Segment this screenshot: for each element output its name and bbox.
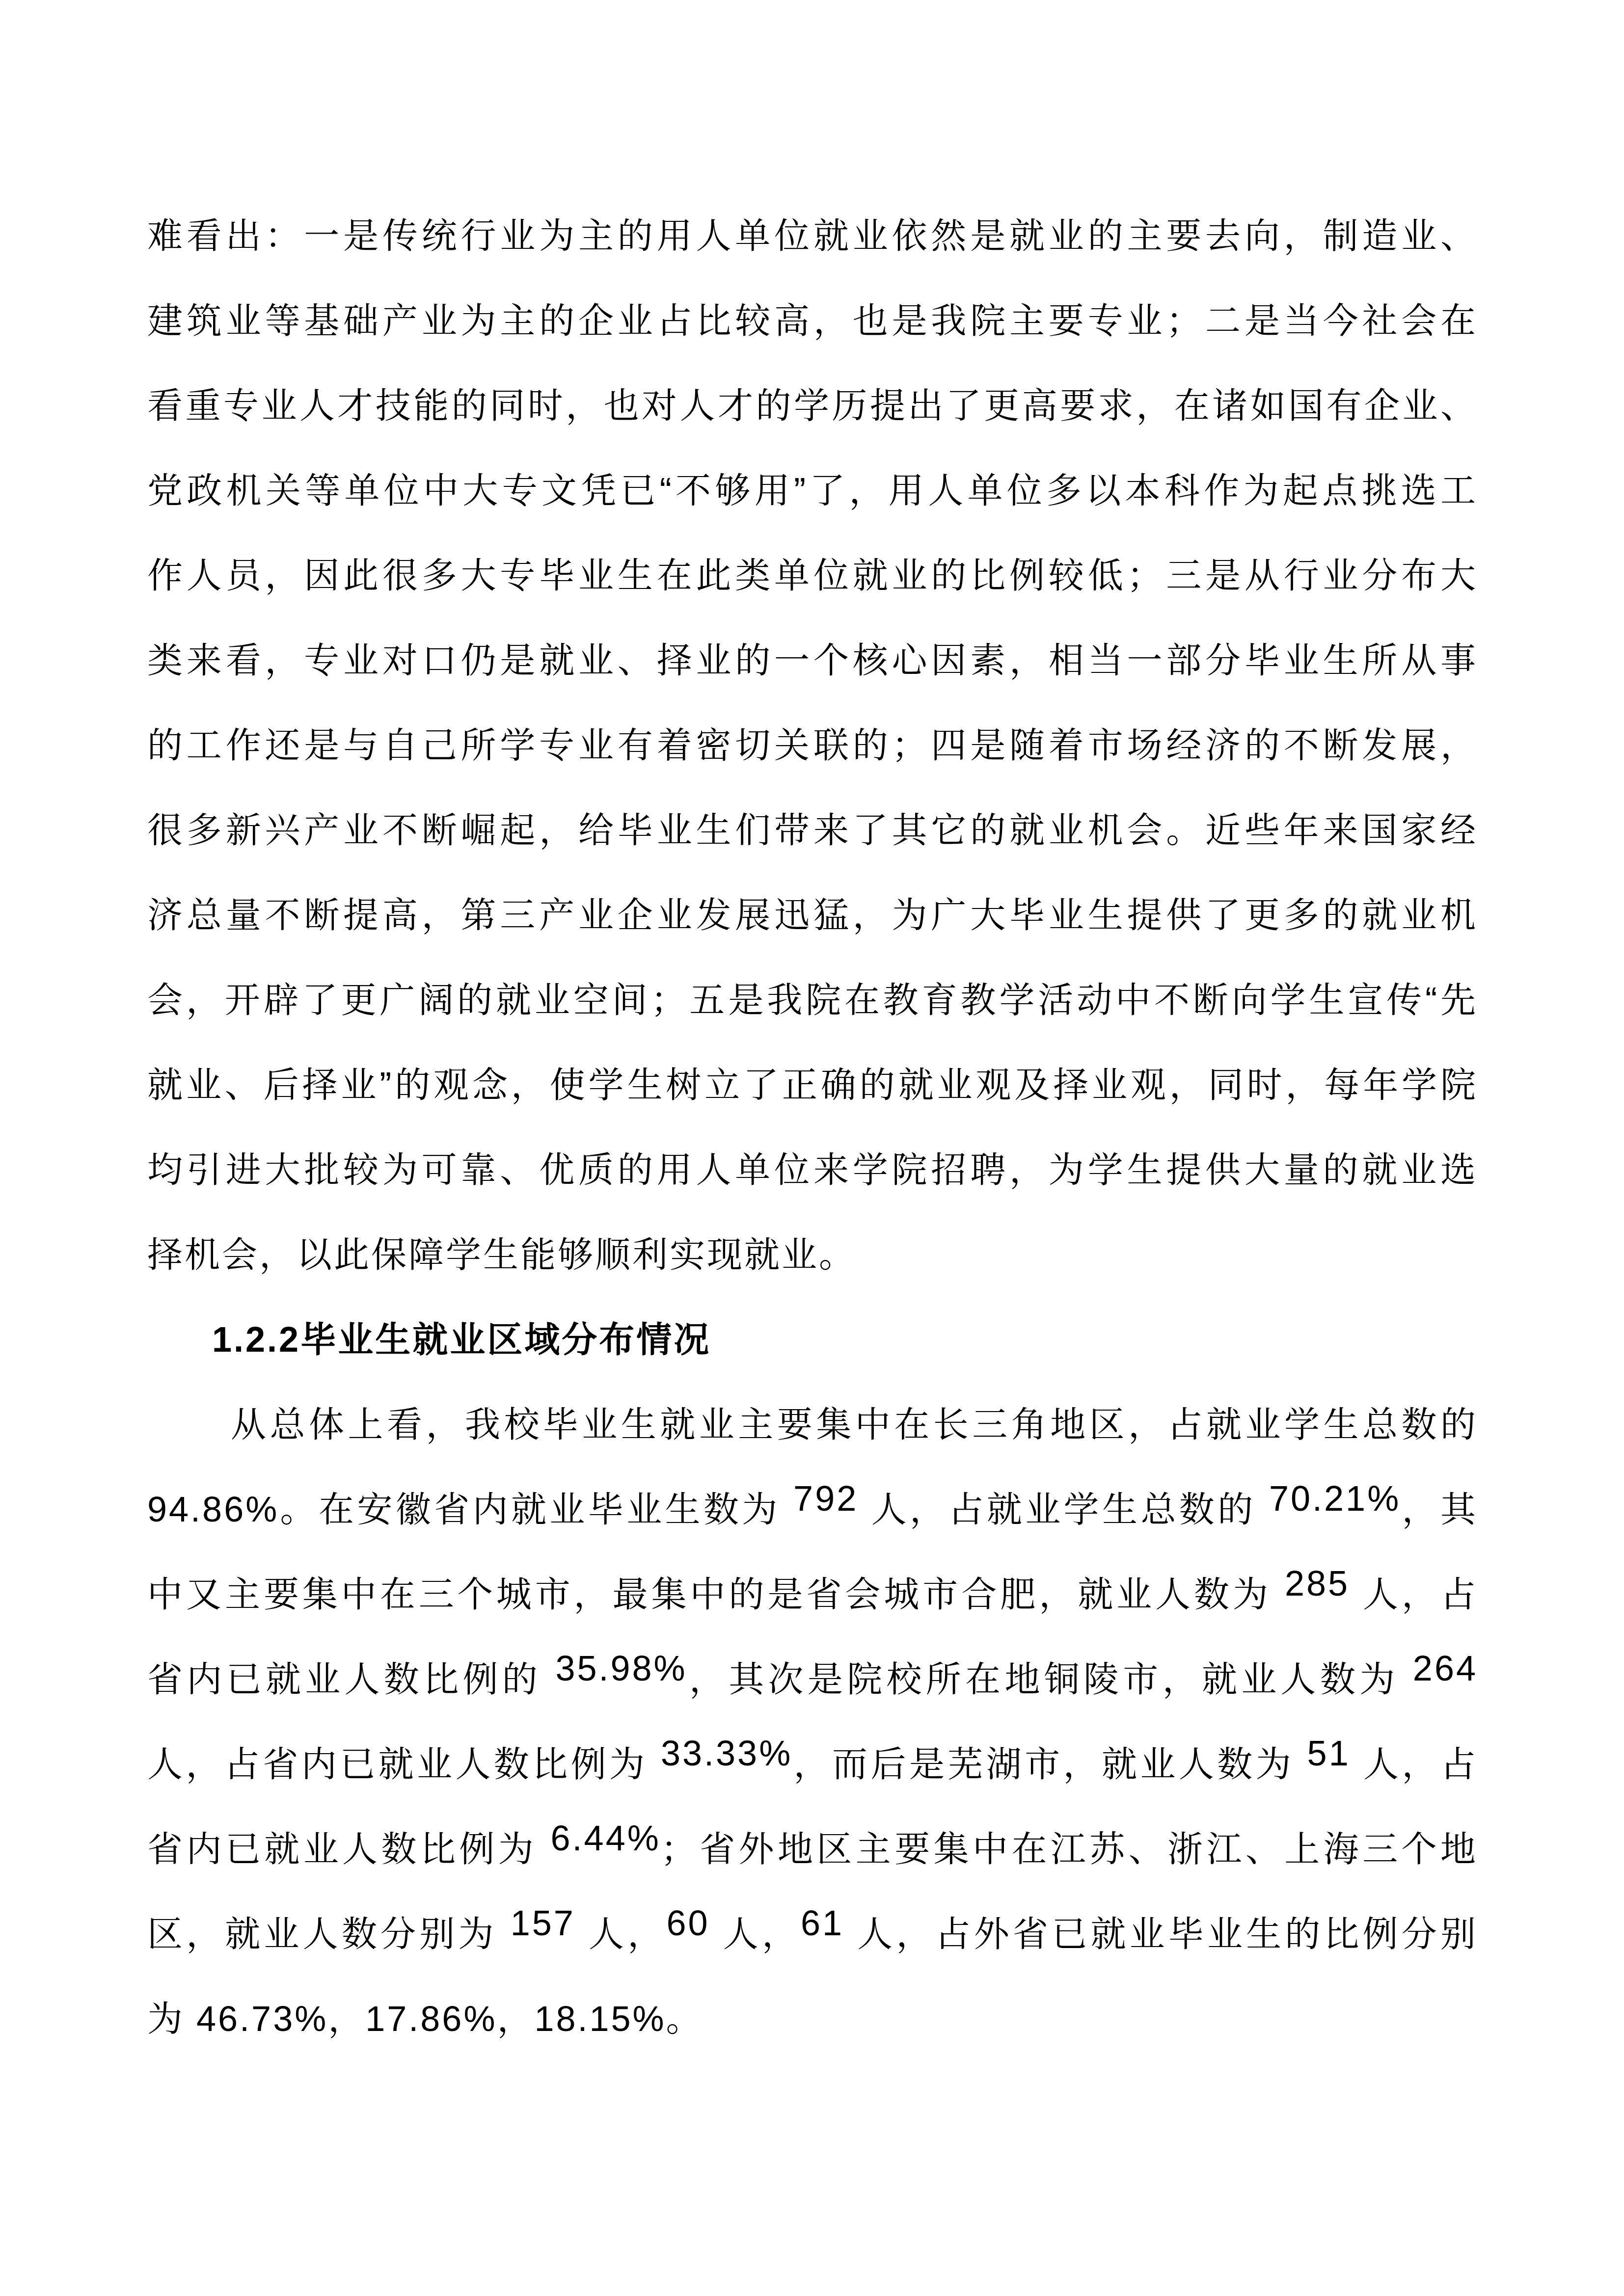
text-run: 省内已就业人数比例的: [147, 1660, 555, 1699]
section-heading-text: 1.2.2毕业生就业区域分布情况: [212, 1320, 711, 1360]
text-run: 济总量不断提高，第三产业企业发展迅猛，为广大毕业生提供了更多的就业机: [147, 896, 1478, 935]
text-line: 择机会，以此保障学生能够顺利实现就业。: [147, 1213, 1478, 1298]
text-run: 人，: [575, 1915, 667, 1954]
raised-number-run: 157: [511, 1904, 575, 1943]
raised-number-run: 51: [1307, 1734, 1351, 1773]
text-run: 的工作还是与自己所学专业有着密切关联的；四是随着市场经济的不断发展，: [147, 726, 1478, 765]
text-run: 人，占就业学生总数的: [858, 1490, 1269, 1529]
text-line: 很多新兴产业不断崛起，给毕业生们带来了其它的就业机会。近些年来国家经: [147, 788, 1478, 873]
text-run: 择机会，以此保障学生能够顺利实现就业。: [147, 1235, 856, 1275]
document-page: { "colors": { "page_background": "#fffff…: [0, 0, 1624, 2296]
text-run: 类来看，专业对口仍是就业、择业的一个核心因素，相当一部分毕业生所从事: [147, 641, 1478, 680]
text-line: 就业、后择业”的观念，使学生树立了正确的就业观及择业观，同时，每年学院: [147, 1043, 1478, 1128]
text-run: 就业、后择业”的观念，使学生树立了正确的就业观及择业观，同时，每年学院: [147, 1066, 1478, 1105]
text-run: 很多新兴产业不断崛起，给毕业生们带来了其它的就业机会。近些年来国家经: [147, 811, 1478, 850]
text-run: 人，占省内已就业人数比例为: [147, 1745, 661, 1784]
text-run: 中又主要集中在三个城市，最集中的是省会城市合肥，就业人数为: [147, 1575, 1285, 1614]
text-line: 作人员，因此很多大专毕业生在此类单位就业的比例较低；三是从行业分布大: [147, 534, 1478, 618]
text-line: 省内已就业人数比例为 6.44%；省外地区主要集中在江苏、浙江、上海三个地: [147, 1807, 1478, 1892]
raised-number-run: 264: [1413, 1649, 1478, 1688]
text-run: 省内已就业人数比例为: [147, 1830, 551, 1869]
text-line: 建筑业等基础产业为主的企业占比较高，也是我院主要专业；二是当今社会在: [147, 279, 1478, 364]
text-run: ，其次是院校所在地铜陵市，就业人数为: [687, 1660, 1413, 1699]
text-line: 为 46.73%，17.86%，18.15%。: [147, 1977, 1478, 2062]
text-line: 区，就业人数分别为 157 人，60 人，61 人，占外省已就业毕业生的比例分别: [147, 1892, 1478, 1977]
raised-number-run: 33.33%: [661, 1734, 792, 1773]
text-run: 党政机关等单位中大专文凭已“不够用”了，用人单位多以本科作为起点挑选工: [147, 471, 1478, 510]
text-run: ，其: [1401, 1490, 1478, 1529]
text-line: 看重专业人才技能的同时，也对人才的学历提出了更高要求，在诸如国有企业、: [147, 364, 1478, 449]
raised-number-run: 6.44%: [551, 1819, 661, 1858]
raised-number-run: 285: [1285, 1564, 1350, 1603]
text-line: 省内已就业人数比例的 35.98%，其次是院校所在地铜陵市，就业人数为 264: [147, 1637, 1478, 1722]
text-run: 人，占: [1350, 1575, 1478, 1614]
text-run: 94.86%。在安徽省内就业毕业生数为: [147, 1490, 793, 1529]
page-content: 难看出：一是传统行业为主的用人单位就业依然是就业的主要去向，制造业、建筑业等基础…: [147, 194, 1478, 2062]
raised-number-run: 60: [666, 1904, 709, 1943]
text-run: 难看出：一是传统行业为主的用人单位就业依然是就业的主要去向，制造业、: [147, 216, 1478, 256]
text-run: 人，占外省已就业毕业生的比例分别: [844, 1915, 1478, 1954]
text-line: 党政机关等单位中大专文凭已“不够用”了，用人单位多以本科作为起点挑选工: [147, 449, 1478, 534]
raised-number-run: 61: [801, 1904, 844, 1943]
text-line: 从总体上看，我校毕业生就业主要集中在长三角地区，占就业学生总数的: [147, 1383, 1478, 1468]
text-line: 94.86%。在安徽省内就业毕业生数为 792 人，占就业学生总数的 70.21…: [147, 1468, 1478, 1552]
text-line: 会，开辟了更广阔的就业空间；五是我院在教育教学活动中不断向学生宣传“先: [147, 958, 1478, 1043]
text-run: 从总体上看，我校毕业生就业主要集中在长三角地区，占就业学生总数的: [231, 1405, 1478, 1444]
text-run: 人，占: [1351, 1745, 1478, 1784]
text-line: 的工作还是与自己所学专业有着密切关联的；四是随着市场经济的不断发展，: [147, 703, 1478, 788]
text-run: 看重专业人才技能的同时，也对人才的学历提出了更高要求，在诸如国有企业、: [147, 386, 1478, 426]
text-line: 类来看，专业对口仍是就业、择业的一个核心因素，相当一部分毕业生所从事: [147, 618, 1478, 703]
text-run: 会，开辟了更广阔的就业空间；五是我院在教育教学活动中不断向学生宣传“先: [147, 981, 1478, 1020]
text-run: 建筑业等基础产业为主的企业占比较高，也是我院主要专业；二是当今社会在: [147, 301, 1478, 341]
section-heading: 1.2.2毕业生就业区域分布情况: [147, 1298, 1478, 1383]
text-line: 中又主要集中在三个城市，最集中的是省会城市合肥，就业人数为 285 人，占: [147, 1552, 1478, 1637]
text-line: 均引进大批较为可靠、优质的用人单位来学院招聘，为学生提供大量的就业选: [147, 1128, 1478, 1213]
text-run: 作人员，因此很多大专毕业生在此类单位就业的比例较低；三是从行业分布大: [147, 556, 1478, 595]
text-line: 难看出：一是传统行业为主的用人单位就业依然是就业的主要去向，制造业、: [147, 194, 1478, 279]
text-run: 为 46.73%，17.86%，18.15%。: [147, 2000, 704, 2039]
raised-number-run: 70.21%: [1269, 1479, 1401, 1519]
raised-number-run: 35.98%: [555, 1649, 687, 1688]
text-run: ，而后是芜湖市，就业人数为: [792, 1745, 1307, 1784]
paragraph-region-distribution: 从总体上看，我校毕业生就业主要集中在长三角地区，占就业学生总数的94.86%。在…: [147, 1383, 1478, 2062]
raised-number-run: 792: [793, 1479, 858, 1519]
text-run: 区，就业人数分别为: [147, 1915, 511, 1954]
text-run: 均引进大批较为可靠、优质的用人单位来学院招聘，为学生提供大量的就业选: [147, 1150, 1478, 1190]
text-run: ；省外地区主要集中在江苏、浙江、上海三个地: [661, 1830, 1478, 1869]
paragraph-employment-analysis: 难看出：一是传统行业为主的用人单位就业依然是就业的主要去向，制造业、建筑业等基础…: [147, 194, 1478, 1298]
text-line: 人，占省内已就业人数比例为 33.33%，而后是芜湖市，就业人数为 51 人，占: [147, 1722, 1478, 1807]
text-line: 济总量不断提高，第三产业企业发展迅猛，为广大毕业生提供了更多的就业机: [147, 873, 1478, 958]
text-run: 人，: [710, 1915, 801, 1954]
